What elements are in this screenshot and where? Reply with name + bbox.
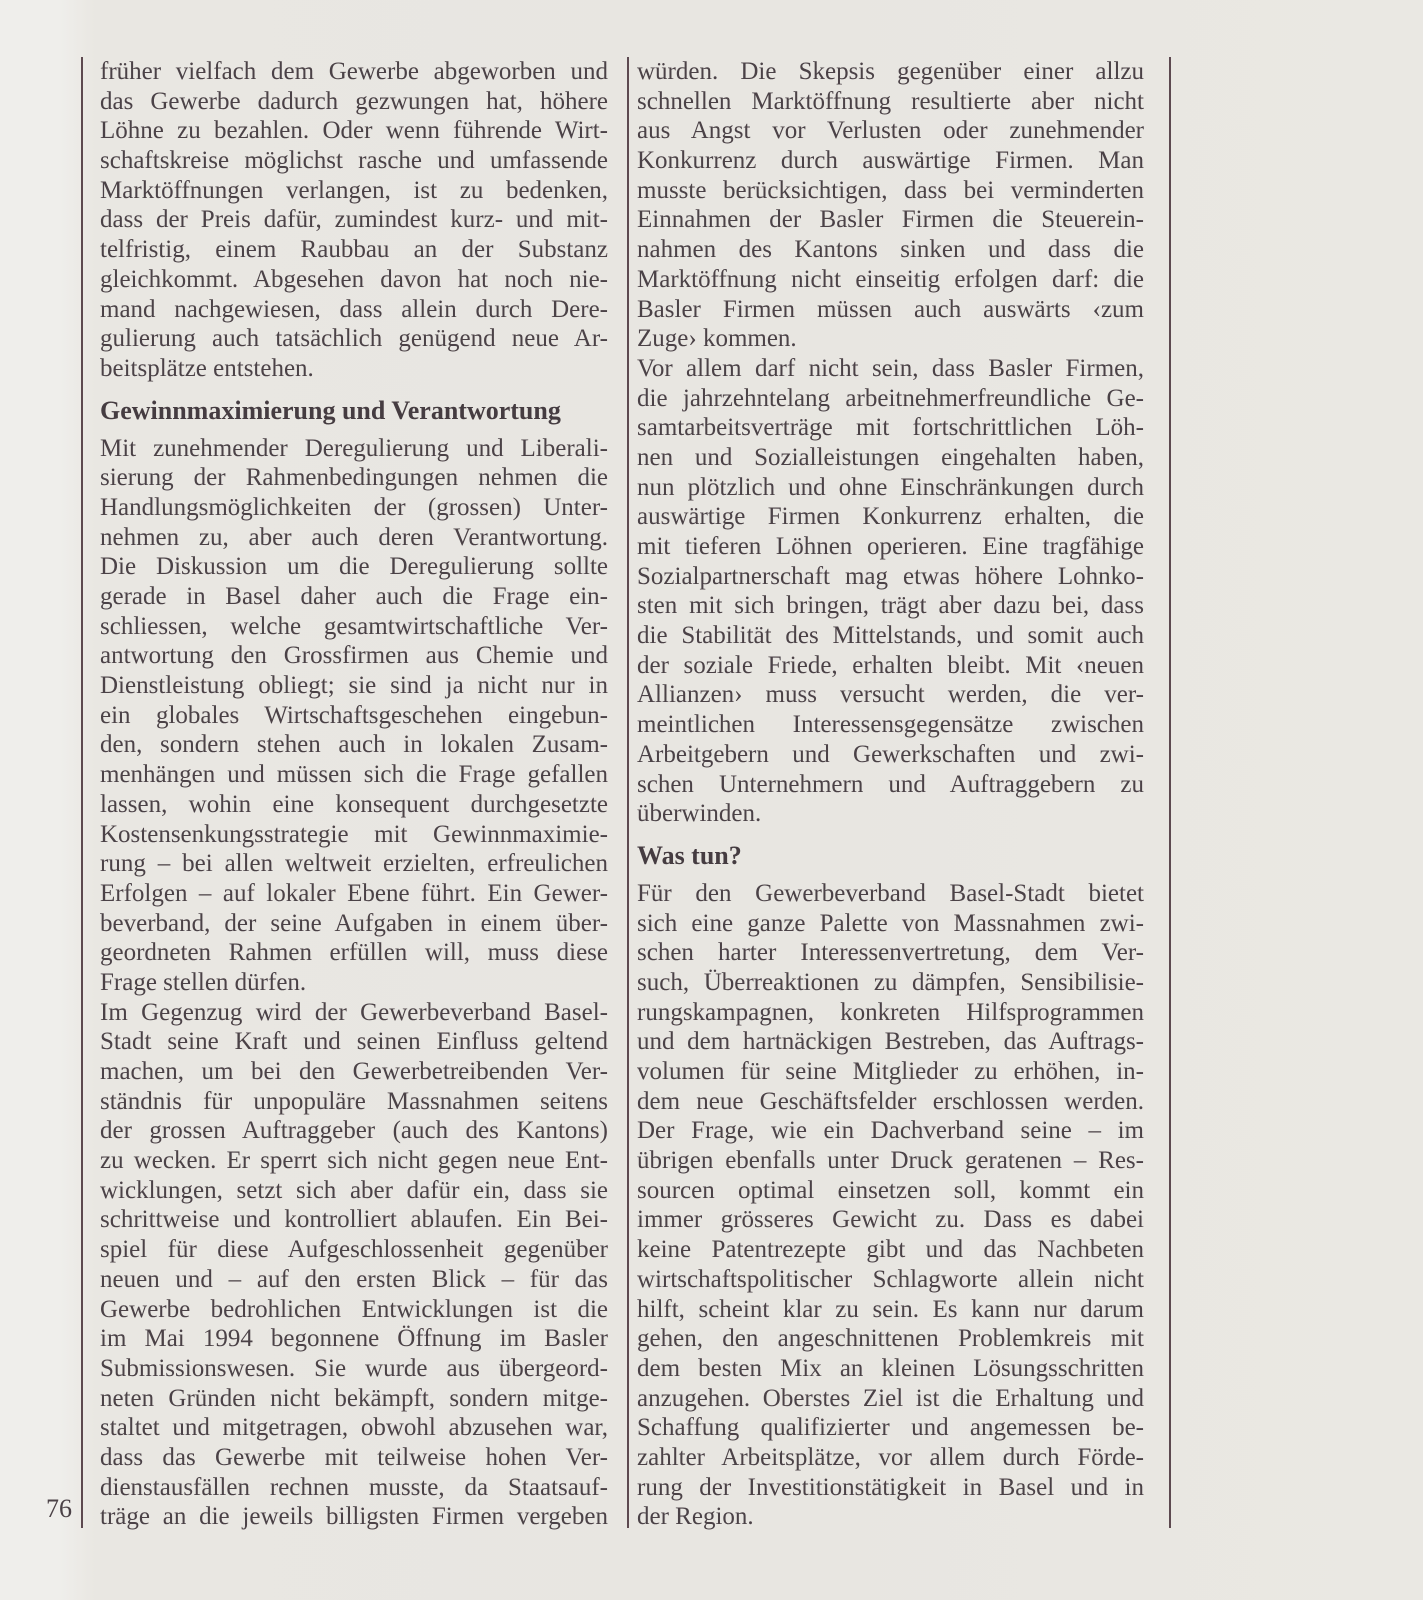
- text-line: keine Patentrezepte gibt und das Nachbet…: [637, 1235, 1144, 1265]
- text-line: Einnahmen der Basler Firmen die Steuerei…: [637, 205, 1144, 235]
- text-line: meintlichen Interessensgegensätze zwisch…: [637, 710, 1144, 740]
- text-line: wirtschaftspolitischer Schlagworte allei…: [637, 1265, 1144, 1295]
- text-line: Erfolgen – auf lokaler Ebene führt. Ein …: [100, 879, 608, 909]
- text-line: machen, um bei den Gewerbetreibenden Ver…: [100, 1057, 608, 1087]
- text-line: rung – bei allen weltweit erzielten, erf…: [100, 849, 608, 879]
- text-line: übrigen ebenfalls unter Druck geratenen …: [637, 1146, 1144, 1176]
- text-line: das Gewerbe dadurch gezwungen hat, höher…: [100, 87, 608, 117]
- section-heading: Gewinnmaximierung und Verantwortung: [100, 396, 608, 426]
- text-line: Submissionswesen. Sie wurde aus übergeor…: [100, 1354, 608, 1384]
- column-divider-rule: [627, 57, 629, 1528]
- text-line: die Stabilität des Mittelstands, und som…: [637, 621, 1144, 651]
- text-line: sten mit sich bringen, trägt aber dazu b…: [637, 591, 1144, 621]
- text-line: Der Frage, wie ein Dachverband seine – i…: [637, 1116, 1144, 1146]
- text-line: würden. Die Skepsis gegenüber einer allz…: [637, 57, 1144, 87]
- text-line: beitsplätze entstehen.: [100, 354, 608, 384]
- text-line: dem neue Geschäftsfelder erschlossen wer…: [637, 1087, 1144, 1117]
- text-line: ständnis für unpopuläre Massnahmen seite…: [100, 1087, 608, 1117]
- text-line: samtarbeitsverträge mit fortschrittliche…: [637, 413, 1144, 443]
- text-line: rungskampagnen, konkreten Hilfsprogramme…: [637, 998, 1144, 1028]
- text-line: im Mai 1994 begonnene Öffnung im Basler: [100, 1324, 608, 1354]
- text-line: such, Überreaktionen zu dämpfen, Sensibi…: [637, 968, 1144, 998]
- text-line: Dienstleistung obliegt; sie sind ja nich…: [100, 671, 608, 701]
- text-line: geordneten Rahmen erfüllen will, muss di…: [100, 938, 608, 968]
- text-line: Allianzen› muss versucht werden, die ver…: [637, 680, 1144, 710]
- text-line: Marktöffnungen verlangen, ist zu bedenke…: [100, 176, 608, 206]
- text-column-left: früher vielfach dem Gewerbe abgeworben u…: [100, 57, 608, 1532]
- text-line: gulierung auch tatsächlich genügend neue…: [100, 324, 608, 354]
- text-line: sich eine ganze Palette von Massnahmen z…: [637, 909, 1144, 939]
- text-line: Arbeitgebern und Gewerkschaften und zwi-: [637, 740, 1144, 770]
- section-heading: Was tun?: [637, 841, 1144, 871]
- text-line: schen harter Interessenvertretung, dem V…: [637, 938, 1144, 968]
- text-column-right: würden. Die Skepsis gegenüber einer allz…: [637, 57, 1144, 1532]
- text-line: früher vielfach dem Gewerbe abgeworben u…: [100, 57, 608, 87]
- text-line: Für den Gewerbeverband Basel-Stadt biete…: [637, 879, 1144, 909]
- text-line: nahmen des Kantons sinken und dass die: [637, 235, 1144, 265]
- text-line: schrittweise und kontrolliert ablaufen. …: [100, 1205, 608, 1235]
- text-line: sierung der Rahmenbedingungen nehmen die: [100, 463, 608, 493]
- text-line: dass der Preis dafür, zumindest kurz- un…: [100, 205, 608, 235]
- text-line: musste berücksichtigen, dass bei vermind…: [637, 176, 1144, 206]
- text-line: Löhne zu bezahlen. Oder wenn führende Wi…: [100, 116, 608, 146]
- text-line: menhängen und müssen sich die Frage gefa…: [100, 760, 608, 790]
- text-line: den, sondern stehen auch in lokalen Zusa…: [100, 730, 608, 760]
- text-line: anzugehen. Oberstes Ziel ist die Erhaltu…: [637, 1384, 1144, 1414]
- text-line: hilft, scheint klar zu sein. Es kann nur…: [637, 1295, 1144, 1325]
- text-line: schaftskreise möglichst rasche und umfas…: [100, 146, 608, 176]
- text-line: der Region.: [637, 1502, 1144, 1532]
- right-margin-rule: [1169, 57, 1171, 1528]
- text-line: zu wecken. Er sperrt sich nicht gegen ne…: [100, 1146, 608, 1176]
- text-line: Gewerbe bedrohlichen Entwicklungen ist d…: [100, 1295, 608, 1325]
- text-line: mit tieferen Löhnen operieren. Eine trag…: [637, 532, 1144, 562]
- text-line: beverband, der seine Aufgaben in einem ü…: [100, 909, 608, 939]
- text-line: auswärtige Firmen Konkurrenz erhalten, d…: [637, 502, 1144, 532]
- left-margin-rule: [81, 57, 83, 1528]
- text-line: schliessen, welche gesamtwirtschaftliche…: [100, 612, 608, 642]
- text-line: mand nachgewiesen, dass allein durch Der…: [100, 295, 608, 325]
- text-line: sourcen optimal einsetzen soll, kommt ei…: [637, 1176, 1144, 1206]
- text-line: Kostensenkungsstrategie mit Gewinnmaximi…: [100, 820, 608, 850]
- text-line: nehmen zu, aber auch deren Verantwortung…: [100, 523, 608, 553]
- text-line: Frage stellen dürfen.: [100, 968, 608, 998]
- text-line: zahlter Arbeitsplätze, vor allem durch F…: [637, 1443, 1144, 1473]
- text-line: der soziale Friede, erhalten bleibt. Mit…: [637, 651, 1144, 681]
- text-line: gerade in Basel daher auch die Frage ein…: [100, 582, 608, 612]
- text-line: Marktöffnung nicht einseitig erfolgen da…: [637, 265, 1144, 295]
- text-line: Die Diskussion um die Deregulierung soll…: [100, 552, 608, 582]
- text-line: Stadt seine Kraft und seinen Einfluss ge…: [100, 1027, 608, 1057]
- text-line: der grossen Auftraggeber (auch des Kanto…: [100, 1116, 608, 1146]
- text-line: Basler Firmen müssen auch auswärts ‹zum: [637, 295, 1144, 325]
- text-line: staltet und mitgetragen, obwohl abzusehe…: [100, 1413, 608, 1443]
- text-line: neuen und – auf den ersten Blick – für d…: [100, 1265, 608, 1295]
- text-line: nen und Sozialleistungen eingehalten hab…: [637, 443, 1144, 473]
- text-line: schnellen Marktöffnung resultierte aber …: [637, 87, 1144, 117]
- text-line: Zuge› kommen.: [637, 324, 1144, 354]
- text-line: lassen, wohin eine konsequent durchgeset…: [100, 790, 608, 820]
- text-line: rung der Investitionstätigkeit in Basel …: [637, 1473, 1144, 1503]
- page-number: 76: [28, 1494, 72, 1524]
- text-line: antwortung den Grossfirmen aus Chemie un…: [100, 641, 608, 671]
- text-line: aus Angst vor Verlusten oder zunehmender: [637, 116, 1144, 146]
- text-line: Mit zunehmender Deregulierung und Libera…: [100, 434, 608, 464]
- text-line: und dem hartnäckigen Bestreben, das Auft…: [637, 1027, 1144, 1057]
- text-line: dass das Gewerbe mit teilweise hohen Ver…: [100, 1443, 608, 1473]
- text-line: neten Gründen nicht bekämpft, sondern mi…: [100, 1384, 608, 1414]
- text-line: dienstausfällen rechnen musste, da Staat…: [100, 1473, 608, 1503]
- text-line: volumen für seine Mitglieder zu erhöhen,…: [637, 1057, 1144, 1087]
- text-line: gleichkommt. Abgesehen davon hat noch ni…: [100, 265, 608, 295]
- text-line: schen Unternehmern und Auftraggebern zu: [637, 770, 1144, 800]
- text-line: Konkurrenz durch auswärtige Firmen. Man: [637, 146, 1144, 176]
- text-line: die jahrzehntelang arbeitnehmerfreundlic…: [637, 384, 1144, 414]
- text-line: gehen, den angeschnittenen Problemkreis …: [637, 1324, 1144, 1354]
- text-line: Sozialpartnerschaft mag etwas höhere Loh…: [637, 562, 1144, 592]
- text-line: überwinden.: [637, 799, 1144, 829]
- text-line: spiel für diese Aufgeschlossenheit gegen…: [100, 1235, 608, 1265]
- text-line: immer grösseres Gewicht zu. Dass es dabe…: [637, 1205, 1144, 1235]
- text-line: Schaffung qualifizierter und angemessen …: [637, 1413, 1144, 1443]
- text-line: wicklungen, setzt sich aber dafür ein, d…: [100, 1176, 608, 1206]
- scanned-page: früher vielfach dem Gewerbe abgeworben u…: [0, 0, 1423, 1600]
- text-line: ein globales Wirtschaftsgeschehen eingeb…: [100, 701, 608, 731]
- text-line: Handlungsmöglichkeiten der (grossen) Unt…: [100, 493, 608, 523]
- text-line: träge an die jeweils billigsten Firmen v…: [100, 1502, 608, 1532]
- text-line: Im Gegenzug wird der Gewerbeverband Base…: [100, 998, 608, 1028]
- text-line: dem besten Mix an kleinen Lösungsschritt…: [637, 1354, 1144, 1384]
- text-line: nun plötzlich und ohne Einschränkungen d…: [637, 473, 1144, 503]
- text-line: Vor allem darf nicht sein, dass Basler F…: [637, 354, 1144, 384]
- text-line: telfristig, einem Raubbau an der Substan…: [100, 235, 608, 265]
